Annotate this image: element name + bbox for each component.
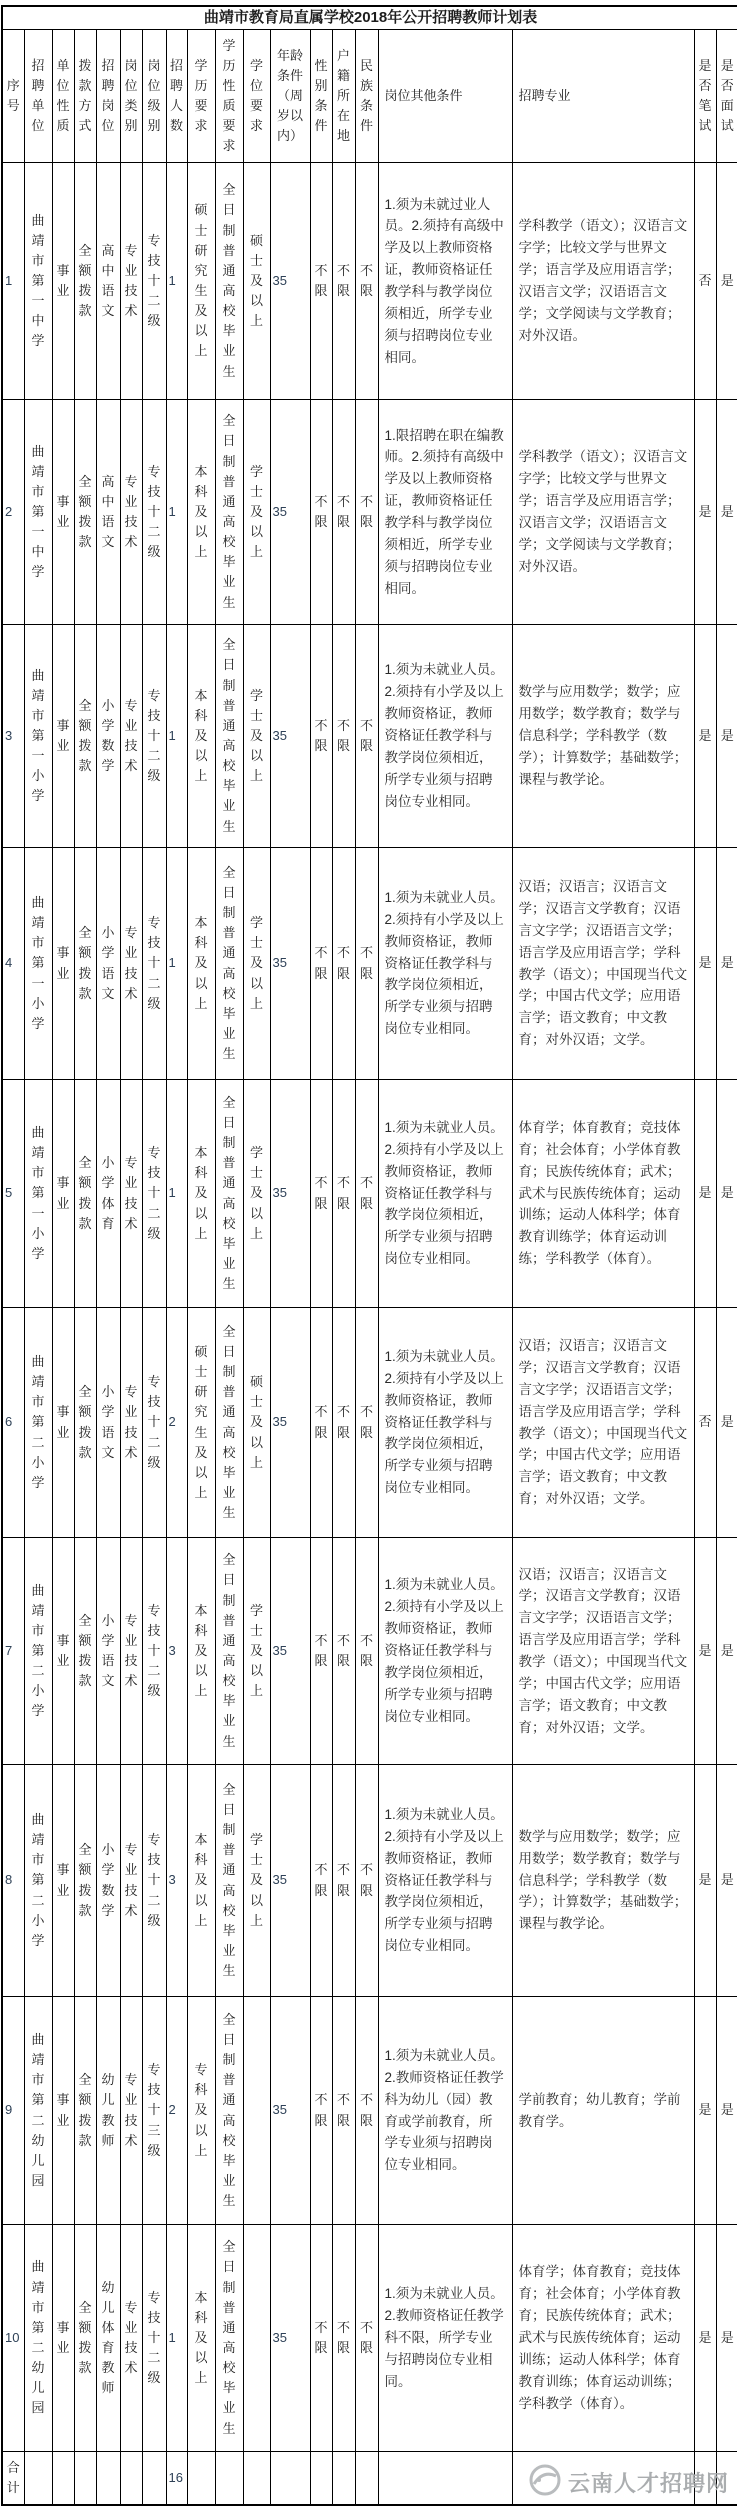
cell-residence: 不限 — [332, 1538, 355, 1765]
table-row: 8曲靖市第二小学事业全额拨款小学数学专业技术专技十二级3本科及以上全日制普通高校… — [2, 1765, 737, 1997]
cell-nature: 事业 — [52, 400, 74, 625]
cell-residence: 不限 — [332, 1308, 355, 1538]
cell-education: 本科及以上 — [187, 1765, 215, 1997]
table-row: 6曲靖市第二小学事业全额拨款小学语文专业技术专技十二级2硕士研究生及以上全日制普… — [2, 1308, 737, 1538]
cell-degree: 学士及以上 — [243, 625, 270, 848]
cell-written: 是 — [694, 625, 716, 848]
cell-edu_type: 全日制普通高校毕业生 — [215, 1997, 243, 2225]
cell-degree: 学士及以上 — [243, 1080, 270, 1308]
cell-degree: 学士及以上 — [243, 1538, 270, 1765]
cell-edu_type: 全日制普通高校毕业生 — [215, 2225, 243, 2452]
cell-level: 专技十二级 — [142, 848, 166, 1080]
cell-funding: 全额拨款 — [74, 625, 96, 848]
cell-edu_type: 全日制普通高校毕业生 — [215, 1538, 243, 1765]
total-empty-cell — [378, 2452, 512, 2505]
cell-nature: 事业 — [52, 1765, 74, 1997]
cell-edu_type: 全日制普通高校毕业生 — [215, 1080, 243, 1308]
cell-no: 6 — [2, 1308, 24, 1538]
total-empty-cell — [96, 2452, 120, 2505]
cell-age: 35 — [270, 1997, 310, 2225]
cell-count: 1 — [166, 1080, 187, 1308]
cell-nature: 事业 — [52, 163, 74, 400]
cell-interview: 是 — [716, 1308, 737, 1538]
cell-no: 1 — [2, 163, 24, 400]
col-header-gender: 性别条件 — [310, 30, 332, 163]
cell-gender: 不限 — [310, 163, 332, 400]
cell-age: 35 — [270, 625, 310, 848]
cell-nature: 事业 — [52, 2225, 74, 2452]
total-empty-cell — [120, 2452, 142, 2505]
cell-count: 1 — [166, 2225, 187, 2452]
cell-post: 小学数学 — [96, 625, 120, 848]
cell-level: 专技十二级 — [142, 625, 166, 848]
cell-interview: 是 — [716, 1997, 737, 2225]
cell-funding: 全额拨款 — [74, 1997, 96, 2225]
cell-age: 35 — [270, 1538, 310, 1765]
col-header-interview: 是否面试 — [716, 30, 737, 163]
cell-no: 7 — [2, 1538, 24, 1765]
recruitment-table: 曲靖市教育局直属学校2018年公开招聘教师计划表 序号招聘单位单位性质拨款方式招… — [1, 5, 737, 2506]
cell-gender: 不限 — [310, 1765, 332, 1997]
cell-written: 是 — [694, 848, 716, 1080]
cell-education: 本科及以上 — [187, 1080, 215, 1308]
cell-count: 2 — [166, 1308, 187, 1538]
total-empty-cell — [215, 2452, 243, 2505]
cell-degree — [243, 1997, 270, 2225]
cell-education: 本科及以上 — [187, 625, 215, 848]
cell-edu_type: 全日制普通高校毕业生 — [215, 1308, 243, 1538]
cell-category: 专业技术 — [120, 1538, 142, 1765]
cell-written: 否 — [694, 163, 716, 400]
col-header-written: 是否笔试 — [694, 30, 716, 163]
cell-count: 3 — [166, 1538, 187, 1765]
cell-level: 专技十二级 — [142, 1538, 166, 1765]
cell-funding: 全额拨款 — [74, 163, 96, 400]
cell-major: 数学与应用数学；数学；应用数学；数学教育；数学与信息科学；学科教学（数学）；计算… — [512, 625, 694, 848]
cell-interview: 是 — [716, 1765, 737, 1997]
cell-edu_type: 全日制普通高校毕业生 — [215, 848, 243, 1080]
cell-age: 35 — [270, 1765, 310, 1997]
cell-written: 是 — [694, 1765, 716, 1997]
cell-count: 1 — [166, 163, 187, 400]
cell-category: 专业技术 — [120, 400, 142, 625]
cell-funding: 全额拨款 — [74, 1765, 96, 1997]
cell-category: 专业技术 — [120, 1080, 142, 1308]
cell-other: 1.须为未就业人员。2.教师资格证任教学科为幼儿（园）教育或学前教育，所学专业须… — [378, 1997, 512, 2225]
cell-interview: 是 — [716, 163, 737, 400]
cell-interview: 是 — [716, 625, 737, 848]
col-header-post: 招聘岗位 — [96, 30, 120, 163]
cell-category: 专业技术 — [120, 2225, 142, 2452]
cell-interview: 是 — [716, 400, 737, 625]
cell-ethnicity: 不限 — [355, 163, 378, 400]
total-empty-cell — [187, 2452, 215, 2505]
cell-category: 专业技术 — [120, 1997, 142, 2225]
cell-count: 2 — [166, 1997, 187, 2225]
cell-written: 否 — [694, 1308, 716, 1538]
cell-residence: 不限 — [332, 400, 355, 625]
cell-gender: 不限 — [310, 1080, 332, 1308]
cell-ethnicity: 不限 — [355, 1308, 378, 1538]
cell-edu_type: 全日制普通高校毕业生 — [215, 400, 243, 625]
cell-written: 是 — [694, 1538, 716, 1765]
cell-major: 学科教学（语文）；汉语言文字学；比较文学与世界文学；语言学及应用语言学；汉语言文… — [512, 400, 694, 625]
cell-ethnicity: 不限 — [355, 400, 378, 625]
cell-level: 专技十二级 — [142, 163, 166, 400]
total-empty-cell — [332, 2452, 355, 2505]
cell-post: 高中语文 — [96, 163, 120, 400]
cell-funding: 全额拨款 — [74, 1538, 96, 1765]
cell-education: 本科及以上 — [187, 400, 215, 625]
cell-funding: 全额拨款 — [74, 2225, 96, 2452]
col-header-category: 岗位类别 — [120, 30, 142, 163]
cell-nature: 事业 — [52, 1997, 74, 2225]
cell-ethnicity: 不限 — [355, 1765, 378, 1997]
cell-degree: 学士及以上 — [243, 848, 270, 1080]
cell-unit: 曲靖市第一小学 — [24, 625, 52, 848]
cell-no: 8 — [2, 1765, 24, 1997]
cell-interview: 是 — [716, 1538, 737, 1765]
cell-age: 35 — [270, 163, 310, 400]
cell-no: 10 — [2, 2225, 24, 2452]
cell-no: 4 — [2, 848, 24, 1080]
cell-funding: 全额拨款 — [74, 1308, 96, 1538]
cell-major: 体育学；体育教育；竞技体育；社会体育；小学体育教育；民族传统体育；武术；武术与民… — [512, 1080, 694, 1308]
cell-other: 1.须为未就业人员。2.须持有小学及以上教师资格证，教师资格证任教学科与教学岗位… — [378, 848, 512, 1080]
total-empty-cell — [24, 2452, 52, 2505]
cell-category: 专业技术 — [120, 625, 142, 848]
cell-nature: 事业 — [52, 1080, 74, 1308]
cell-ethnicity: 不限 — [355, 625, 378, 848]
cell-gender: 不限 — [310, 400, 332, 625]
cell-post: 小学语文 — [96, 1538, 120, 1765]
cell-education: 硕士研究生及以上 — [187, 163, 215, 400]
col-header-degree: 学位要求 — [243, 30, 270, 163]
cell-count: 1 — [166, 400, 187, 625]
cell-gender: 不限 — [310, 848, 332, 1080]
cell-written: 是 — [694, 2225, 716, 2452]
cell-major: 汉语；汉语言；汉语言文学；汉语言文学教育；汉语言文字学；汉语语言文学；语言学及应… — [512, 1538, 694, 1765]
total-empty-cell — [694, 2452, 716, 2505]
table-row: 9曲靖市第二幼儿园事业全额拨款幼儿教师专业技术专技十三级2专科及以上全日制普通高… — [2, 1997, 737, 2225]
table-row: 2曲靖市第一中学事业全额拨款高中语文专业技术专技十二级1本科及以上全日制普通高校… — [2, 400, 737, 625]
col-header-major: 招聘专业 — [512, 30, 694, 163]
cell-edu_type: 全日制普通高校毕业生 — [215, 163, 243, 400]
cell-no: 5 — [2, 1080, 24, 1308]
cell-edu_type: 全日制普通高校毕业生 — [215, 625, 243, 848]
table-row: 5曲靖市第一小学事业全额拨款小学体育专业技术专技十二级1本科及以上全日制普通高校… — [2, 1080, 737, 1308]
cell-education: 硕士研究生及以上 — [187, 1308, 215, 1538]
cell-unit: 曲靖市第二小学 — [24, 1765, 52, 1997]
cell-unit: 曲靖市第二幼儿园 — [24, 1997, 52, 2225]
cell-nature: 事业 — [52, 1308, 74, 1538]
cell-written: 是 — [694, 400, 716, 625]
cell-interview: 是 — [716, 2225, 737, 2452]
col-header-count: 招聘人数 — [166, 30, 187, 163]
cell-age: 35 — [270, 400, 310, 625]
cell-education: 本科及以上 — [187, 848, 215, 1080]
table-row: 1曲靖市第一中学事业全额拨款高中语文专业技术专技十二级1硕士研究生及以上全日制普… — [2, 163, 737, 400]
cell-other: 1.须为未就业人员。2.须持有小学及以上教师资格证，教师资格证任教学科与教学岗位… — [378, 1765, 512, 1997]
col-header-other: 岗位其他条件 — [378, 30, 512, 163]
cell-other: 1.限招聘在职在编教师。2.须持有高级中学及以上教师资格证，教师资格证任教学科与… — [378, 400, 512, 625]
cell-unit: 曲靖市第二幼儿园 — [24, 2225, 52, 2452]
cell-residence: 不限 — [332, 848, 355, 1080]
cell-ethnicity: 不限 — [355, 1080, 378, 1308]
cell-post: 小学语文 — [96, 1308, 120, 1538]
cell-major: 体育学；体育教育；竞技体育；社会体育；小学体育教育；民族传统体育；武术；武术与民… — [512, 2225, 694, 2452]
cell-education: 本科及以上 — [187, 2225, 215, 2452]
cell-edu_type: 全日制普通高校毕业生 — [215, 1765, 243, 1997]
cell-age: 35 — [270, 1080, 310, 1308]
col-header-residence: 户籍所在地 — [332, 30, 355, 163]
total-empty-cell — [716, 2452, 737, 2505]
cell-post: 高中语文 — [96, 400, 120, 625]
page-title: 曲靖市教育局直属学校2018年公开招聘教师计划表 — [2, 6, 737, 30]
cell-unit: 曲靖市第一中学 — [24, 400, 52, 625]
cell-nature: 事业 — [52, 848, 74, 1080]
cell-major: 汉语；汉语言；汉语言文学；汉语言文学教育；汉语言文字学；汉语语言文学；语言学及应… — [512, 1308, 694, 1538]
cell-level: 专技十二级 — [142, 400, 166, 625]
cell-degree: 硕士及以上 — [243, 163, 270, 400]
cell-residence: 不限 — [332, 1080, 355, 1308]
cell-education: 专科及以上 — [187, 1997, 215, 2225]
total-empty-cell — [243, 2452, 270, 2505]
cell-ethnicity: 不限 — [355, 1538, 378, 1765]
cell-nature: 事业 — [52, 1538, 74, 1765]
total-empty-cell — [74, 2452, 96, 2505]
table-row: 3曲靖市第一小学事业全额拨款小学数学专业技术专技十二级1本科及以上全日制普通高校… — [2, 625, 737, 848]
cell-degree — [243, 2225, 270, 2452]
col-header-funding: 拨款方式 — [74, 30, 96, 163]
cell-ethnicity: 不限 — [355, 848, 378, 1080]
total-empty-cell — [142, 2452, 166, 2505]
cell-no: 3 — [2, 625, 24, 848]
cell-level: 专技十二级 — [142, 1308, 166, 1538]
cell-written: 是 — [694, 1997, 716, 2225]
cell-category: 专业技术 — [120, 1308, 142, 1538]
cell-education: 本科及以上 — [187, 1538, 215, 1765]
total-count: 16 — [166, 2452, 187, 2505]
cell-written: 是 — [694, 1080, 716, 1308]
cell-other: 1.须为未就业人员。2.须持有小学及以上教师资格证，教师资格证任教学科与教学岗位… — [378, 1308, 512, 1538]
cell-degree: 学士及以上 — [243, 1765, 270, 1997]
cell-unit: 曲靖市第一中学 — [24, 163, 52, 400]
cell-age: 35 — [270, 848, 310, 1080]
cell-funding: 全额拨款 — [74, 848, 96, 1080]
total-empty-cell — [310, 2452, 332, 2505]
total-row: 合计16 — [2, 2452, 737, 2505]
cell-post: 幼儿教师 — [96, 1997, 120, 2225]
cell-degree: 学士及以上 — [243, 400, 270, 625]
cell-post: 小学数学 — [96, 1765, 120, 1997]
cell-level: 专技十二级 — [142, 1080, 166, 1308]
cell-count: 3 — [166, 1765, 187, 1997]
cell-residence: 不限 — [332, 2225, 355, 2452]
cell-count: 1 — [166, 848, 187, 1080]
title-row: 曲靖市教育局直属学校2018年公开招聘教师计划表 — [2, 6, 737, 30]
cell-unit: 曲靖市第一小学 — [24, 848, 52, 1080]
cell-major: 学科教学（语文）；汉语言文字学；比较文学与世界文学；语言学及应用语言学；汉语言文… — [512, 163, 694, 400]
cell-age: 35 — [270, 1308, 310, 1538]
cell-major: 数学与应用数学；数学；应用数学；数学教育；数学与信息科学；学科教学（数学）；计算… — [512, 1765, 694, 1997]
cell-no: 2 — [2, 400, 24, 625]
cell-no: 9 — [2, 1997, 24, 2225]
cell-post: 幼儿体育教师 — [96, 2225, 120, 2452]
cell-ethnicity: 不限 — [355, 1997, 378, 2225]
table-row: 7曲靖市第二小学事业全额拨款小学语文专业技术专技十二级3本科及以上全日制普通高校… — [2, 1538, 737, 1765]
cell-category: 专业技术 — [120, 848, 142, 1080]
cell-gender: 不限 — [310, 1997, 332, 2225]
table-row: 10曲靖市第二幼儿园事业全额拨款幼儿体育教师专业技术专技十二级1本科及以上全日制… — [2, 2225, 737, 2452]
col-header-level: 岗位级别 — [142, 30, 166, 163]
col-header-age: 年龄条件（周岁以内） — [270, 30, 310, 163]
cell-interview: 是 — [716, 848, 737, 1080]
cell-other: 1.须为未就业人员。2.须持有小学及以上教师资格证，教师资格证任教学科与教学岗位… — [378, 625, 512, 848]
cell-unit: 曲靖市第二小学 — [24, 1538, 52, 1765]
cell-level: 专技十二级 — [142, 2225, 166, 2452]
cell-other: 1.须为未就业人员。2.教师资格证任教学科不限，所学专业与招聘岗位专业相同。 — [378, 2225, 512, 2452]
col-header-unit: 招聘单位 — [24, 30, 52, 163]
cell-unit: 曲靖市第二小学 — [24, 1308, 52, 1538]
cell-category: 专业技术 — [120, 1765, 142, 1997]
cell-gender: 不限 — [310, 1538, 332, 1765]
cell-unit: 曲靖市第一小学 — [24, 1080, 52, 1308]
table-row: 4曲靖市第一小学事业全额拨款小学语文专业技术专技十二级1本科及以上全日制普通高校… — [2, 848, 737, 1080]
cell-nature: 事业 — [52, 625, 74, 848]
cell-major: 学前教育；幼儿教育；学前教育学。 — [512, 1997, 694, 2225]
col-header-education: 学历要求 — [187, 30, 215, 163]
total-label: 合计 — [2, 2452, 24, 2505]
cell-post: 小学语文 — [96, 848, 120, 1080]
cell-residence: 不限 — [332, 1997, 355, 2225]
header-row: 序号招聘单位单位性质拨款方式招聘岗位岗位类别岗位级别招聘人数学历要求学历性质要求… — [2, 30, 737, 163]
cell-degree: 硕士及以上 — [243, 1308, 270, 1538]
total-empty-cell — [512, 2452, 694, 2505]
col-header-ethnicity: 民族条件 — [355, 30, 378, 163]
cell-residence: 不限 — [332, 625, 355, 848]
cell-other: 1.须为未就业人员。2.须持有小学及以上教师资格证，教师资格证任教学科与教学岗位… — [378, 1080, 512, 1308]
total-empty-cell — [52, 2452, 74, 2505]
cell-interview: 是 — [716, 1080, 737, 1308]
cell-count: 1 — [166, 625, 187, 848]
cell-post: 小学体育 — [96, 1080, 120, 1308]
cell-funding: 全额拨款 — [74, 400, 96, 625]
cell-level: 专技十三级 — [142, 1997, 166, 2225]
col-header-nature: 单位性质 — [52, 30, 74, 163]
cell-major: 汉语；汉语言；汉语言文学；汉语言文学教育；汉语言文字学；汉语语言文学；语言学及应… — [512, 848, 694, 1080]
total-empty-cell — [355, 2452, 378, 2505]
cell-age: 35 — [270, 2225, 310, 2452]
col-header-no: 序号 — [2, 30, 24, 163]
total-empty-cell — [270, 2452, 310, 2505]
cell-other: 1.须为未就业人员。2.须持有小学及以上教师资格证，教师资格证任教学科与教学岗位… — [378, 1538, 512, 1765]
cell-gender: 不限 — [310, 2225, 332, 2452]
cell-gender: 不限 — [310, 625, 332, 848]
cell-level: 专技十二级 — [142, 1765, 166, 1997]
cell-gender: 不限 — [310, 1308, 332, 1538]
cell-residence: 不限 — [332, 163, 355, 400]
cell-other: 1.须为未就过业人员。2.须持有高级中学及以上教师资格证，教师资格证任教学科与教… — [378, 163, 512, 400]
cell-residence: 不限 — [332, 1765, 355, 1997]
col-header-edu_type: 学历性质要求 — [215, 30, 243, 163]
cell-category: 专业技术 — [120, 163, 142, 400]
cell-funding: 全额拨款 — [74, 1080, 96, 1308]
cell-ethnicity: 不限 — [355, 2225, 378, 2452]
